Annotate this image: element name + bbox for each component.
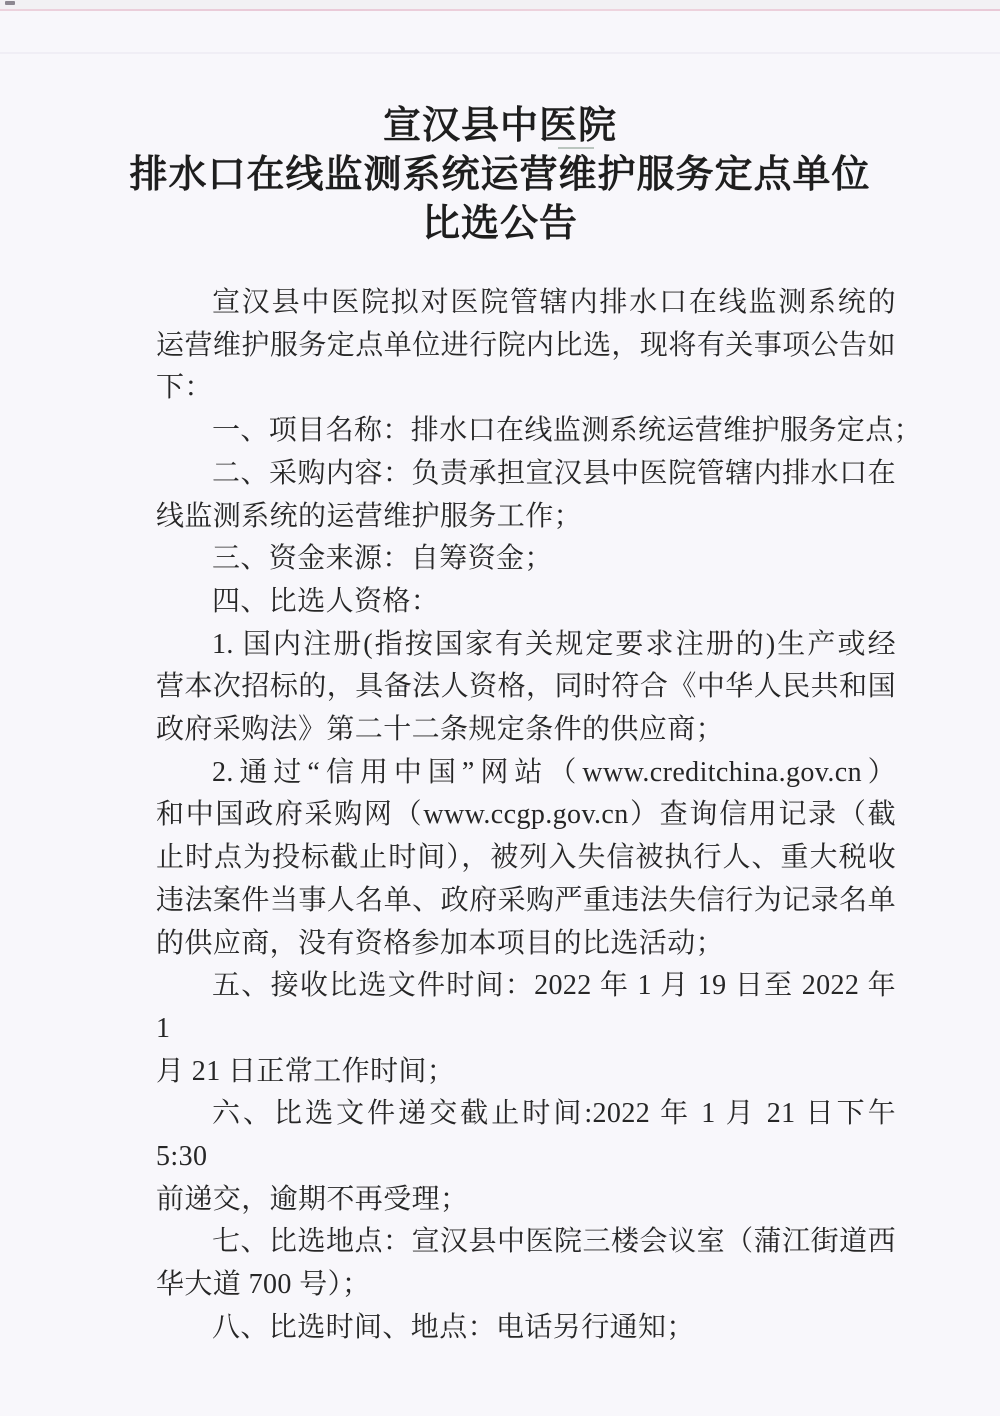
document-title-line-2: 排水口在线监测系统运营维护服务定点单位 (40, 151, 960, 200)
scan-paper-edge-line (0, 9, 1000, 11)
body-line: 七、比选地点：宣汉县中医院三楼会议室（蒲江街道西 (156, 1221, 896, 1264)
body-line: 华大道 700 号）； (156, 1264, 896, 1307)
body-line: 止时点为投标截止时间），被列入失信被执行人、重大税收 (156, 837, 896, 880)
body-line: 月 21 日正常工作时间； (156, 1051, 896, 1094)
document-body: 宣汉县中医院拟对医院管辖内排水口在线监测系统的 运营维护服务定点单位进行院内比选… (156, 282, 896, 1350)
body-line: 线监测系统的运营维护服务工作； (156, 496, 896, 539)
body-line: 运营维护服务定点单位进行院内比选，现将有关事项公告如 (156, 325, 896, 368)
document-title-line-3: 比选公告 (40, 200, 960, 249)
body-line: 1. 国内注册(指按国家有关规定要求注册的)生产或经 (156, 624, 896, 667)
body-line: 四、比选人资格： (156, 581, 896, 624)
body-line: 五、接收比选文件时间：2022 年 1 月 19 日至 2022 年 1 (156, 965, 896, 1050)
body-line: 2.通过“信用中国”网站（www.creditchina.gov.cn） (156, 752, 896, 795)
document-title: 宣汉县中医院 排水口在线监测系统运营维护服务定点单位 比选公告 (40, 102, 960, 249)
body-line: 和中国政府采购网（www.ccgp.gov.cn）查询信用记录（截 (156, 794, 896, 837)
scanned-document-page: 宣汉县中医院 排水口在线监测系统运营维护服务定点单位 比选公告 宣汉县中医院拟对… (0, 0, 1000, 1416)
body-line: 一、项目名称：排水口在线监测系统运营维护服务定点； (156, 410, 896, 453)
body-line: 宣汉县中医院拟对医院管辖内排水口在线监测系统的 (156, 282, 896, 325)
scan-underline-artifact (558, 147, 594, 149)
body-line: 的供应商，没有资格参加本项目的比选活动； (156, 923, 896, 966)
body-line: 八、比选时间、地点：电话另行通知； (156, 1307, 896, 1350)
scan-top-edge-strip (0, 0, 1000, 9)
document-title-line-1: 宣汉县中医院 (40, 102, 960, 151)
body-line: 六、比选文件递交截止时间:2022 年 1 月 21 日下午 5:30 (156, 1093, 896, 1178)
body-line: 违法案件当事人名单、政府采购严重违法失信行为记录名单 (156, 880, 896, 923)
scan-faint-band (0, 52, 1000, 54)
body-line: 前递交，逾期不再受理； (156, 1179, 896, 1222)
body-line: 三、资金来源：自筹资金； (156, 538, 896, 581)
body-line: 二、采购内容：负责承担宣汉县中医院管辖内排水口在 (156, 453, 896, 496)
body-line: 政府采购法》第二十二条规定条件的供应商； (156, 709, 896, 752)
scan-corner-mark (5, 1, 15, 5)
body-line: 下： (156, 367, 896, 410)
body-line: 营本次招标的，具备法人资格，同时符合《中华人民共和国 (156, 666, 896, 709)
